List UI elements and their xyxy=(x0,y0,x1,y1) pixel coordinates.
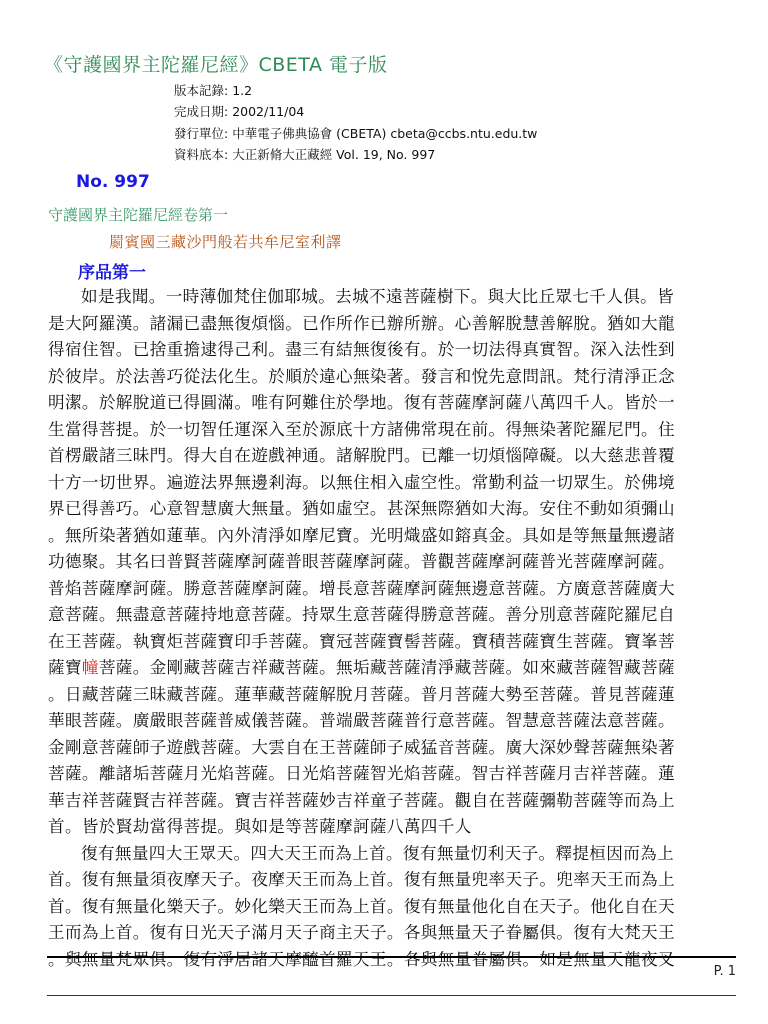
meta-source: 資料底本: 大正新脩大正藏經 Vol. 19, No. 997 xyxy=(174,144,537,165)
text-line: 功德聚。其名曰普賢菩薩摩訶薩普眼菩薩摩訶薩。普觀菩薩摩訶薩普光菩薩摩訶薩。 xyxy=(48,549,716,576)
text-line: 意菩薩。無盡意菩薩持地意菩薩。持眾生意菩薩得勝意菩薩。善分別意菩薩陀羅尼自 xyxy=(48,602,716,629)
page-number: P. 1 xyxy=(714,964,736,979)
text-line: 。無所染著猶如蓮華。內外清淨如摩尼寶。光明熾盛如鎔真金。具如是等無量無邊諸 xyxy=(48,523,716,550)
text-line: 首楞嚴諸三昧門。得大自在遊戲神通。諸解脫門。已離一切煩惱障礙。以大慈悲普覆 xyxy=(48,443,716,470)
meta-completion-date: 完成日期: 2002/11/04 xyxy=(174,101,537,122)
text-line: 復有無量四大王眾天。四大天王而為上首。復有無量忉利天子。釋提桓因而為上 xyxy=(48,841,716,868)
meta-label: 資料底本 xyxy=(174,147,224,162)
footer-divider-top xyxy=(47,956,736,958)
document-title: 《守護國界主陀羅尼經》CBETA 電子版 xyxy=(44,50,387,77)
text-line: 十方一切世界。遍遊法界無邊剎海。以無住相入虛空性。常勤利益一切眾生。於佛境 xyxy=(48,470,716,497)
highlighted-character: 幢 xyxy=(82,658,99,677)
text-line: 是大阿羅漢。諸漏已盡無復煩惱。已作所作已辦所辦。心善解脫慧善解脫。猶如大龍 xyxy=(48,311,716,338)
text-line: 得宿住智。已捨重擔逮得己利。盡三有結無復後有。於一切法得真實智。深入法性到 xyxy=(48,337,716,364)
text-line: 。日藏菩薩三昧藏菩薩。蓮華藏菩薩解脫月菩薩。普月菩薩大勢至菩薩。普見菩薩蓮 xyxy=(48,682,716,709)
text-segment: 薩寶 xyxy=(48,658,82,677)
text-line: 首。復有無量須夜摩天子。夜摩天王而為上首。復有無量兜率天子。兜率天王而為上 xyxy=(48,867,716,894)
text-line: 普焰菩薩摩訶薩。勝意菩薩摩訶薩。增長意菩薩摩訶薩無邊意菩薩。方廣意菩薩廣大 xyxy=(48,576,716,603)
text-line: 華吉祥菩薩賢吉祥菩薩。寶吉祥菩薩妙吉祥童子菩薩。觀自在菩薩彌勒菩薩等而為上 xyxy=(48,788,716,815)
meta-value: 中華電子佛典協會 (CBETA) cbeta@ccbs.ntu.edu.tw xyxy=(232,126,537,141)
sutra-body-text: 如是我聞。一時薄伽梵住伽耶城。去城不遠菩薩樹下。與大比丘眾七千人俱。皆 是大阿羅… xyxy=(48,284,716,973)
chapter-heading: 序品第一 xyxy=(78,258,146,283)
document-number: No. 997 xyxy=(76,172,150,192)
text-line: 華眼菩薩。廣嚴眼菩薩普威儀菩薩。普端嚴菩薩普行意菩薩。智慧意菩薩法意菩薩。 xyxy=(48,708,716,735)
text-line: 首。復有無量化樂天子。妙化樂天王而為上首。復有無量他化自在天子。他化自在天 xyxy=(48,894,716,921)
text-line: 。與無量梵眾俱。復有淨居諸天摩醯首羅天王。各與無量眷屬俱。如是無量天龍夜叉 xyxy=(48,947,716,974)
meta-value: 1.2 xyxy=(232,83,252,98)
text-line: 菩薩。離諸垢菩薩月光焰菩薩。日光焰菩薩智光焰菩薩。智吉祥菩薩月吉祥菩薩。蓮 xyxy=(48,761,716,788)
text-line: 首。皆於賢劫當得菩提。與如是等菩薩摩訶薩八萬四千人 xyxy=(48,814,716,841)
translator-line: 罽賓國三藏沙門般若共牟尼室利譯 xyxy=(109,231,342,252)
meta-publisher: 發行單位: 中華電子佛典協會 (CBETA) cbeta@ccbs.ntu.ed… xyxy=(174,123,537,144)
text-line: 如是我聞。一時薄伽梵住伽耶城。去城不遠菩薩樹下。與大比丘眾七千人俱。皆 xyxy=(48,284,716,311)
text-line: 於彼岸。於法善巧從法化生。於順於違心無染著。發言和悅先意問訊。梵行清淨正念 xyxy=(48,364,716,391)
text-segment: 菩薩。金剛藏菩薩吉祥藏菩薩。無垢藏菩薩清淨藏菩薩。如來藏菩薩智藏菩薩 xyxy=(99,658,675,677)
text-line-with-highlight: 薩寶幢菩薩。金剛藏菩薩吉祥藏菩薩。無垢藏菩薩清淨藏菩薩。如來藏菩薩智藏菩薩 xyxy=(48,655,716,682)
text-line: 界已得善巧。心意智慧廣大無量。猶如虛空。甚深無際猶如大海。安住不動如須彌山 xyxy=(48,496,716,523)
meta-label: 版本記錄 xyxy=(174,83,224,98)
scroll-title: 守護國界主陀羅尼經卷第一 xyxy=(48,204,228,225)
text-line: 在王菩薩。執寶炬菩薩寶印手菩薩。寶冠菩薩寶髻菩薩。寶積菩薩寶生菩薩。寶峯菩 xyxy=(48,629,716,656)
metadata-block: 版本記錄: 1.2 完成日期: 2002/11/04 發行單位: 中華電子佛典協… xyxy=(174,80,537,165)
text-line: 金剛意菩薩師子遊戲菩薩。大雲自在王菩薩師子威猛音菩薩。廣大深妙聲菩薩無染著 xyxy=(48,735,716,762)
meta-value: 2002/11/04 xyxy=(232,104,304,119)
text-line: 王而為上首。復有日光天子滿月天子商主天子。各與無量天子眷屬俱。復有大梵天王 xyxy=(48,920,716,947)
meta-value: 大正新脩大正藏經 Vol. 19, No. 997 xyxy=(232,147,435,162)
text-line: 生當得菩提。於一切智任運深入至於源底十方諸佛常現在前。得無染著陀羅尼門。住 xyxy=(48,417,716,444)
footer-divider-bottom xyxy=(47,995,736,996)
meta-label: 發行單位 xyxy=(174,126,224,141)
text-line: 明潔。於解脫道已得圓滿。唯有阿難住於學地。復有菩薩摩訶薩八萬四千人。皆於一 xyxy=(48,390,716,417)
meta-version: 版本記錄: 1.2 xyxy=(174,80,537,101)
meta-label: 完成日期 xyxy=(174,104,224,119)
